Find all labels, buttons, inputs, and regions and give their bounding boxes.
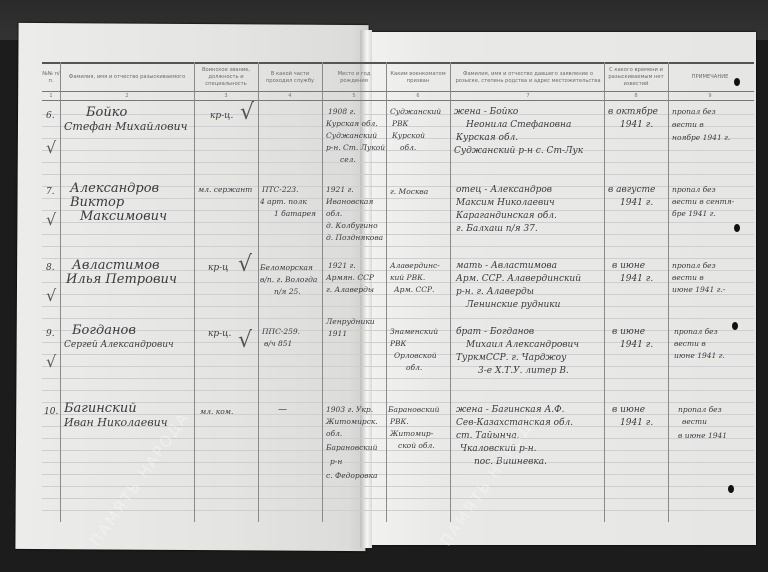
draft: обл. bbox=[406, 362, 422, 374]
surname: Александров bbox=[70, 182, 159, 195]
row-num: 6. bbox=[46, 110, 55, 123]
surname: Богданов bbox=[72, 324, 136, 337]
given-name: Виктор bbox=[70, 196, 124, 209]
draft: кий РВК. bbox=[390, 272, 425, 284]
note: вести в сентя- bbox=[672, 196, 734, 208]
checkmark-icon: √ bbox=[46, 286, 56, 305]
checkmark-icon: √ bbox=[46, 352, 56, 371]
draft: Алавердинс- bbox=[390, 260, 440, 272]
relative: жена - Бойко bbox=[454, 106, 518, 119]
birth: г. Алаверды bbox=[326, 284, 374, 296]
colnum: 3 bbox=[196, 93, 256, 99]
birth: Житомирск. bbox=[326, 416, 378, 428]
note: пропал без bbox=[672, 184, 716, 196]
note: июне 1941 г.- bbox=[672, 284, 725, 296]
colnum: 2 bbox=[62, 93, 192, 99]
binder-hole bbox=[728, 485, 734, 493]
colnum: 6 bbox=[388, 93, 448, 99]
birth: с. Федоровка bbox=[326, 470, 378, 482]
draft: Курской bbox=[392, 130, 425, 142]
birth: Барановский bbox=[326, 442, 377, 454]
since: 1941 г. bbox=[620, 417, 653, 430]
birth: 1921 г. bbox=[328, 260, 356, 272]
note: пропал без bbox=[672, 106, 716, 118]
checkmark-icon: √ bbox=[238, 328, 252, 353]
birth: Ивановская bbox=[326, 196, 373, 208]
birth: 1911 bbox=[328, 328, 347, 340]
surname: Авластимов bbox=[72, 259, 160, 272]
draft: Суджанский bbox=[390, 106, 441, 118]
note: вести в bbox=[672, 119, 704, 131]
since: в июне bbox=[612, 404, 645, 417]
relative: р-н. г. Алаверды bbox=[456, 286, 534, 299]
checkmark-icon: √ bbox=[240, 100, 254, 125]
note: ноябре 1941 г. bbox=[672, 132, 730, 144]
unit: ППС-259. bbox=[262, 326, 300, 338]
relative: Максим Николаевич bbox=[456, 197, 555, 210]
note: июне 1941 г. bbox=[674, 350, 725, 362]
note: вести bbox=[682, 416, 707, 428]
note: пропал без bbox=[674, 326, 718, 338]
header-rank: Воинское звание, должность и специальнос… bbox=[196, 64, 256, 91]
given-names: Стефан Михайлович bbox=[64, 120, 187, 133]
relative: Неонила Стефановна bbox=[466, 119, 571, 132]
row-num: 10. bbox=[44, 406, 58, 419]
draft: обл. bbox=[400, 142, 416, 154]
header-name: Фамилия, имя и отчество разыскиваемого bbox=[62, 64, 192, 91]
unit: Беломорская bbox=[260, 262, 313, 274]
unit: 4 арт. полк bbox=[260, 196, 307, 208]
surname: Бойко bbox=[86, 106, 127, 119]
since: в июне bbox=[612, 326, 645, 339]
birth: 1908 г. bbox=[328, 106, 356, 118]
birth: Суджанский bbox=[326, 130, 377, 142]
relative: Карагандинская обл. bbox=[456, 210, 557, 223]
colnum: 1 bbox=[42, 93, 60, 99]
since: в октябре bbox=[608, 106, 658, 119]
draft: Барановский bbox=[388, 404, 439, 416]
relative: брат - Богданов bbox=[456, 326, 534, 339]
binder-hole bbox=[732, 322, 738, 330]
patronymic: Максимович bbox=[80, 210, 167, 223]
birth: обл. bbox=[326, 428, 342, 440]
birth: р-н. Ст. Лукой bbox=[326, 142, 385, 154]
relative: 3-е Х.Т.У. литер В. bbox=[478, 365, 569, 378]
row-num: 7. bbox=[46, 186, 55, 199]
given-names: Иван Николаевич bbox=[64, 416, 168, 429]
draft: ской обл. bbox=[398, 440, 435, 452]
unit: в/ч 851 bbox=[264, 338, 292, 350]
birth: р-н bbox=[330, 456, 342, 468]
header-draft: Каким военкоматом призван bbox=[388, 64, 448, 91]
checkmark-icon: √ bbox=[238, 252, 252, 277]
relative: Арм. ССР. Алавердинский bbox=[456, 273, 581, 286]
colnum: 8 bbox=[606, 93, 666, 99]
birth: Ленрудники bbox=[326, 316, 375, 328]
rank: мл. ком. bbox=[200, 406, 233, 418]
checkmark-icon: √ bbox=[46, 210, 56, 229]
header-unit: В какой части проходил службу bbox=[260, 64, 320, 91]
note: пропал без bbox=[678, 404, 722, 416]
draft: Орловской bbox=[394, 350, 437, 362]
relative: Ленинские рудники bbox=[466, 299, 560, 312]
unit: п/я 25. bbox=[274, 286, 301, 298]
birth: сел. bbox=[340, 154, 356, 166]
draft: Житомир- bbox=[390, 428, 433, 440]
birth: Армян. ССР bbox=[326, 272, 374, 284]
header-since: С какого времени и разыскиваемым нет изв… bbox=[606, 64, 666, 91]
note: вести в bbox=[674, 338, 706, 350]
relative: жена - Багинская А.Ф. bbox=[456, 404, 564, 417]
unit: ПТС-223. bbox=[262, 184, 299, 196]
row-num: 8. bbox=[46, 262, 55, 275]
unit: в/п. г. Вологда bbox=[260, 274, 317, 286]
row-num: 9. bbox=[46, 328, 55, 341]
draft: Арм. ССР. bbox=[394, 284, 434, 296]
note: в июне 1941 bbox=[678, 430, 727, 442]
birth: д. Позднякова bbox=[326, 232, 383, 244]
relative: ТуркмССР. г. Чарджоу bbox=[456, 352, 566, 365]
birth: обл. bbox=[326, 208, 342, 220]
colnum: 7 bbox=[454, 93, 602, 99]
since: в августе bbox=[608, 184, 655, 197]
rank: мл. сержант bbox=[198, 184, 252, 196]
draft: РВК bbox=[392, 118, 408, 130]
birth: 1903 г. Укр. bbox=[326, 404, 373, 416]
rank: кр-ц. bbox=[210, 110, 233, 123]
header-num: №№ п/п. bbox=[42, 64, 60, 91]
binder-hole bbox=[734, 224, 740, 232]
draft: Знаменский bbox=[390, 326, 438, 338]
unit: 1 батарея bbox=[274, 208, 316, 220]
given-names: Илья Петрович bbox=[66, 273, 177, 286]
rank: кр-ц. bbox=[208, 328, 231, 341]
relative: отец - Александров bbox=[456, 184, 552, 197]
since: 1941 г. bbox=[620, 339, 653, 352]
draft: РВК bbox=[390, 338, 406, 350]
colnum: 4 bbox=[260, 93, 320, 99]
rank: кр-ц bbox=[208, 262, 228, 275]
since: в июне bbox=[612, 260, 645, 273]
note: бре 1941 г. bbox=[672, 208, 716, 220]
relative: Курская обл. bbox=[456, 132, 518, 145]
draft: г. Москва bbox=[390, 186, 428, 198]
given-names: Сергей Александрович bbox=[64, 339, 174, 352]
header-birth: Место и год рождения bbox=[324, 64, 384, 91]
note: вести в bbox=[672, 272, 704, 284]
unit: — bbox=[278, 404, 287, 417]
birth: д. Колбугино bbox=[326, 220, 378, 232]
since: 1941 г. bbox=[620, 119, 653, 132]
colnum: 5 bbox=[324, 93, 384, 99]
since: 1941 г. bbox=[620, 197, 653, 210]
relative: Михаил Александрович bbox=[466, 339, 579, 352]
note: пропал без bbox=[672, 260, 716, 272]
relative: Суджанский р-н с. Ст-Лук bbox=[454, 145, 583, 158]
draft: РВК. bbox=[390, 416, 409, 428]
relative: мать - Авластимова bbox=[456, 260, 557, 273]
relative: г. Балхаш п/я 37. bbox=[456, 223, 538, 236]
checkmark-icon: √ bbox=[46, 138, 56, 157]
birth: Курская обл. bbox=[326, 118, 378, 130]
binder-hole bbox=[734, 78, 740, 86]
header-relative: Фамилия, имя и отчество давшего заявлени… bbox=[454, 64, 602, 91]
surname: Багинский bbox=[64, 402, 137, 415]
birth: 1921 г. bbox=[326, 184, 354, 196]
colnum: 9 bbox=[670, 93, 750, 99]
since: 1941 г. bbox=[620, 273, 653, 286]
